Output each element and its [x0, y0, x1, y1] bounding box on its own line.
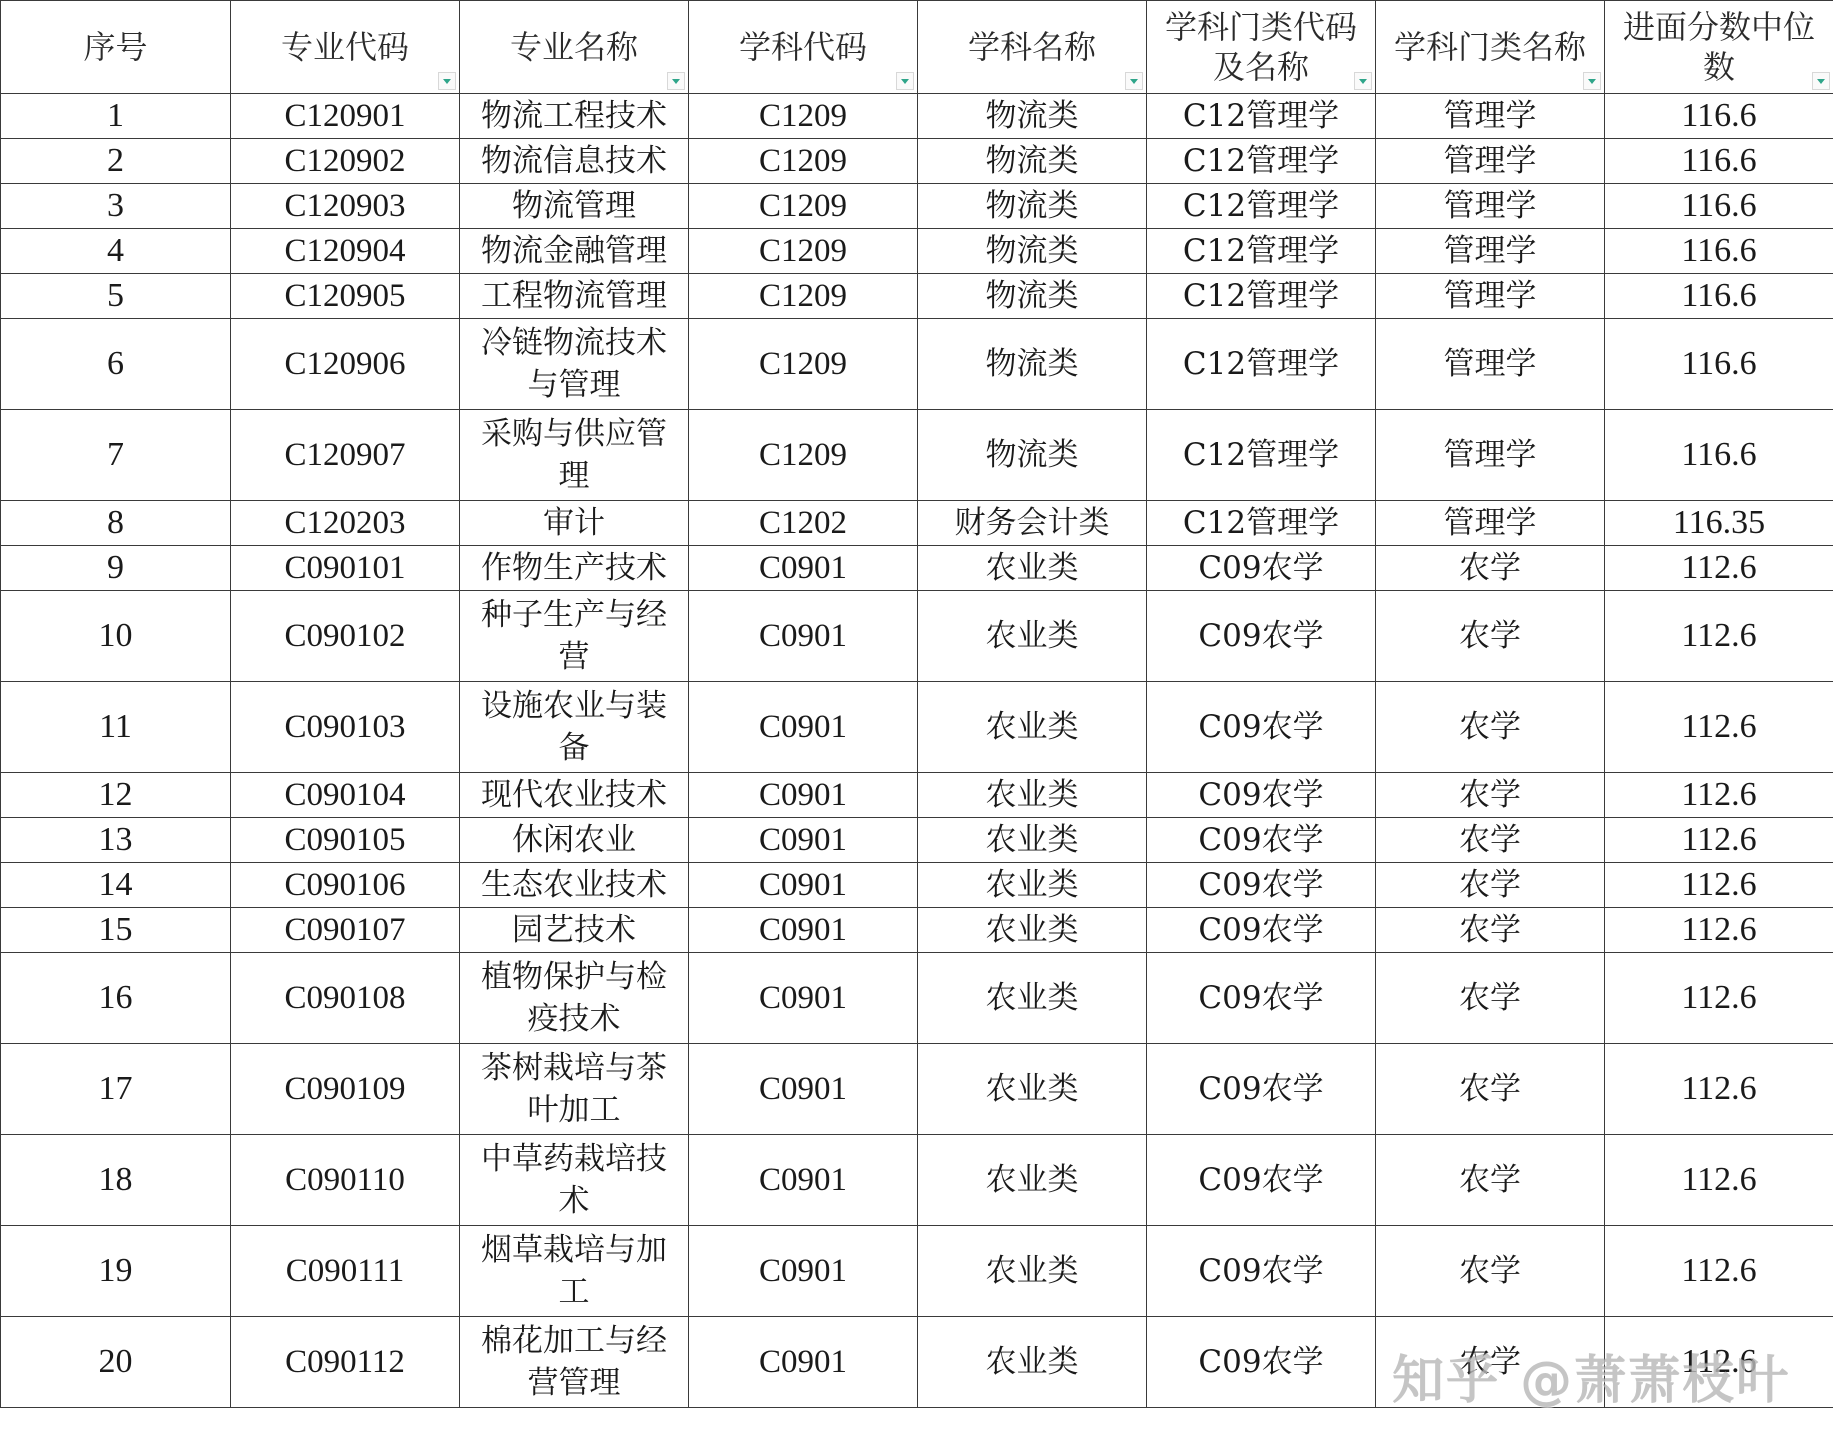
filter-arrow-icon	[672, 79, 680, 84]
cell-category-code-name[interactable]: C09农学	[1147, 546, 1376, 591]
cell-median-score[interactable]: 116.6	[1605, 319, 1833, 410]
table-row: 8C120203审计C1202财务会计类C12管理学管理学116.35	[1, 501, 1833, 546]
cell-subject-name[interactable]: 物流类	[918, 94, 1147, 139]
cell-subject-name[interactable]: 农业类	[918, 953, 1147, 1044]
cell-major-name[interactable]: 审计	[460, 501, 689, 546]
cell-major-name[interactable]: 现代农业技术	[460, 773, 689, 818]
table-row: 10C090102种子生产与经营C0901农业类C09农学农学112.6	[1, 591, 1833, 682]
cell-subject-code[interactable]: C1209	[689, 139, 918, 184]
cell-median-score[interactable]: 116.6	[1605, 139, 1833, 184]
cell-subject-name[interactable]: 农业类	[918, 818, 1147, 863]
header-label: 学科代码	[739, 28, 867, 66]
cell-median-score[interactable]: 112.6	[1605, 773, 1833, 818]
cell-median-score[interactable]: 112.6	[1605, 546, 1833, 591]
cell-major-code[interactable]: C090105	[231, 818, 460, 863]
header-cell-subject-code: 学科代码	[689, 1, 918, 94]
cell-category-code-name[interactable]: C09农学	[1147, 591, 1376, 682]
header-cell-major-name: 专业名称	[460, 1, 689, 94]
filter-arrow-icon	[901, 79, 909, 84]
cell-subject-code[interactable]: C0901	[689, 682, 918, 773]
table-row: 5C120905工程物流管理C1209物流类C12管理学管理学116.6	[1, 274, 1833, 319]
cell-median-score[interactable]: 112.6	[1605, 1317, 1833, 1408]
cell-median-score[interactable]: 116.6	[1605, 184, 1833, 229]
cell-subject-name[interactable]: 农业类	[918, 682, 1147, 773]
table-row: 7C120907采购与供应管理C1209物流类C12管理学管理学116.6	[1, 410, 1833, 501]
cell-no[interactable]: 15	[1, 908, 231, 953]
header-label: 专业代码	[281, 28, 409, 66]
table-row: 6C120906冷链物流技术与管理C1209物流类C12管理学管理学116.6	[1, 319, 1833, 410]
cell-major-code[interactable]: C120905	[231, 274, 460, 319]
cell-category-code-name[interactable]: C09农学	[1147, 1317, 1376, 1408]
cell-category-name[interactable]: 农学	[1376, 773, 1605, 818]
cell-category-name[interactable]: 农学	[1376, 953, 1605, 1044]
cell-major-code[interactable]: C090109	[231, 1044, 460, 1135]
cell-category-name[interactable]: 农学	[1376, 1135, 1605, 1226]
cell-subject-code[interactable]: C1209	[689, 229, 918, 274]
cell-subject-name[interactable]: 农业类	[918, 546, 1147, 591]
cell-no[interactable]: 6	[1, 319, 231, 410]
cell-subject-name[interactable]: 物流类	[918, 139, 1147, 184]
cell-major-name[interactable]: 烟草栽培与加工	[460, 1226, 689, 1317]
table-row: 1C120901物流工程技术C1209物流类C12管理学管理学116.6	[1, 94, 1833, 139]
cell-major-name[interactable]: 棉花加工与经营管理	[460, 1317, 689, 1408]
cell-category-code-name[interactable]: C09农学	[1147, 773, 1376, 818]
cell-category-name[interactable]: 农学	[1376, 682, 1605, 773]
cell-category-code-name[interactable]: C12管理学	[1147, 319, 1376, 410]
table-row: 16C090108植物保护与检疫技术C0901农业类C09农学农学112.6	[1, 953, 1833, 1044]
cell-major-code[interactable]: C120903	[231, 184, 460, 229]
cell-major-name[interactable]: 物流工程技术	[460, 94, 689, 139]
cell-no[interactable]: 20	[1, 1317, 231, 1408]
cell-major-name[interactable]: 采购与供应管理	[460, 410, 689, 501]
cell-category-name[interactable]: 农学	[1376, 1044, 1605, 1135]
cell-subject-name[interactable]: 农业类	[918, 1044, 1147, 1135]
cell-category-code-name[interactable]: C09农学	[1147, 682, 1376, 773]
header-label: 学科门类名称	[1394, 28, 1586, 66]
cell-no[interactable]: 13	[1, 818, 231, 863]
cell-category-name[interactable]: 农学	[1376, 818, 1605, 863]
cell-median-score[interactable]: 112.6	[1605, 682, 1833, 773]
cell-median-score[interactable]: 112.6	[1605, 863, 1833, 908]
cell-no[interactable]: 8	[1, 501, 231, 546]
cell-category-code-name[interactable]: C09农学	[1147, 953, 1376, 1044]
header-label: 序号	[83, 28, 147, 66]
filter-dropdown-button[interactable]	[1812, 72, 1830, 90]
cell-major-code[interactable]: C120902	[231, 139, 460, 184]
cell-major-code[interactable]: C090112	[231, 1317, 460, 1408]
cell-no[interactable]: 3	[1, 184, 231, 229]
cell-category-code-name[interactable]: C09农学	[1147, 818, 1376, 863]
cell-category-name[interactable]: 管理学	[1376, 229, 1605, 274]
cell-major-name[interactable]: 茶树栽培与茶叶加工	[460, 1044, 689, 1135]
cell-major-name[interactable]: 休闲农业	[460, 818, 689, 863]
cell-subject-code[interactable]: C0901	[689, 546, 918, 591]
header-row: 序号 专业代码 专业名称 学科代码 学科名称 学科门类代码及名称 学科门类名称 …	[1, 1, 1833, 94]
cell-no[interactable]: 9	[1, 546, 231, 591]
cell-major-code[interactable]: C090104	[231, 773, 460, 818]
header-label: 专业名称	[510, 28, 638, 66]
cell-major-code[interactable]: C120901	[231, 94, 460, 139]
cell-major-code[interactable]: C120907	[231, 410, 460, 501]
cell-subject-code[interactable]: C0901	[689, 1226, 918, 1317]
cell-median-score[interactable]: 116.6	[1605, 410, 1833, 501]
table-row: 14C090106生态农业技术C0901农业类C09农学农学112.6	[1, 863, 1833, 908]
cell-category-name[interactable]: 农学	[1376, 908, 1605, 953]
table-row: 3C120903物流管理C1209物流类C12管理学管理学116.6	[1, 184, 1833, 229]
filter-dropdown-button[interactable]	[438, 72, 456, 90]
cell-no[interactable]: 10	[1, 591, 231, 682]
cell-major-name[interactable]: 物流信息技术	[460, 139, 689, 184]
cell-major-name[interactable]: 物流金融管理	[460, 229, 689, 274]
header-label: 学科门类代码及名称	[1165, 8, 1357, 86]
table-row: 11C090103设施农业与装备C0901农业类C09农学农学112.6	[1, 682, 1833, 773]
cell-no[interactable]: 7	[1, 410, 231, 501]
cell-subject-name[interactable]: 农业类	[918, 863, 1147, 908]
cell-no[interactable]: 1	[1, 94, 231, 139]
cell-category-code-name[interactable]: C12管理学	[1147, 274, 1376, 319]
cell-category-code-name[interactable]: C12管理学	[1147, 94, 1376, 139]
cell-category-code-name[interactable]: C12管理学	[1147, 229, 1376, 274]
cell-subject-name[interactable]: 财务会计类	[918, 501, 1147, 546]
data-table: 序号 专业代码 专业名称 学科代码 学科名称 学科门类代码及名称 学科门类名称 …	[0, 0, 1833, 1408]
cell-category-name[interactable]: 管理学	[1376, 501, 1605, 546]
cell-major-name[interactable]: 园艺技术	[460, 908, 689, 953]
cell-subject-code[interactable]: C1209	[689, 319, 918, 410]
cell-category-code-name[interactable]: C09农学	[1147, 908, 1376, 953]
cell-category-name[interactable]: 管理学	[1376, 274, 1605, 319]
cell-major-code[interactable]: C090103	[231, 682, 460, 773]
cell-category-name[interactable]: 农学	[1376, 863, 1605, 908]
cell-subject-name[interactable]: 农业类	[918, 1135, 1147, 1226]
filter-dropdown-button[interactable]	[1583, 72, 1601, 90]
filter-arrow-icon	[1588, 79, 1596, 84]
cell-subject-code[interactable]: C0901	[689, 953, 918, 1044]
header-label: 学科名称	[968, 28, 1096, 66]
cell-subject-name[interactable]: 物流类	[918, 274, 1147, 319]
cell-no[interactable]: 5	[1, 274, 231, 319]
cell-category-name[interactable]: 管理学	[1376, 94, 1605, 139]
header-cell-no: 序号	[1, 1, 231, 94]
cell-median-score[interactable]: 112.6	[1605, 1044, 1833, 1135]
table-row: 18C090110中草药栽培技术C0901农业类C09农学农学112.6	[1, 1135, 1833, 1226]
cell-category-name[interactable]: 农学	[1376, 591, 1605, 682]
cell-category-code-name[interactable]: C12管理学	[1147, 184, 1376, 229]
cell-category-name[interactable]: 管理学	[1376, 184, 1605, 229]
cell-category-name[interactable]: 管理学	[1376, 319, 1605, 410]
cell-category-code-name[interactable]: C09农学	[1147, 1044, 1376, 1135]
cell-no[interactable]: 12	[1, 773, 231, 818]
cell-category-code-name[interactable]: C12管理学	[1147, 501, 1376, 546]
cell-subject-code[interactable]: C1209	[689, 184, 918, 229]
cell-subject-name[interactable]: 物流类	[918, 229, 1147, 274]
cell-major-name[interactable]: 种子生产与经营	[460, 591, 689, 682]
cell-category-code-name[interactable]: C12管理学	[1147, 139, 1376, 184]
cell-major-name[interactable]: 设施农业与装备	[460, 682, 689, 773]
cell-no[interactable]: 2	[1, 139, 231, 184]
filter-arrow-icon	[1359, 79, 1367, 84]
cell-subject-name[interactable]: 农业类	[918, 908, 1147, 953]
cell-median-score[interactable]: 112.6	[1605, 818, 1833, 863]
cell-subject-code[interactable]: C1209	[689, 274, 918, 319]
cell-major-code[interactable]: C090106	[231, 863, 460, 908]
cell-subject-code[interactable]: C0901	[689, 863, 918, 908]
cell-subject-code[interactable]: C0901	[689, 1317, 918, 1408]
cell-major-code[interactable]: C090108	[231, 953, 460, 1044]
filter-arrow-icon	[1817, 79, 1825, 84]
cell-major-code[interactable]: C120904	[231, 229, 460, 274]
header-cell-category-code-name: 学科门类代码及名称	[1147, 1, 1376, 94]
cell-median-score[interactable]: 112.6	[1605, 1226, 1833, 1317]
cell-subject-code[interactable]: C0901	[689, 1135, 918, 1226]
table-row: 4C120904物流金融管理C1209物流类C12管理学管理学116.6	[1, 229, 1833, 274]
cell-major-code[interactable]: C090101	[231, 546, 460, 591]
cell-subject-code[interactable]: C0901	[689, 818, 918, 863]
filter-dropdown-button[interactable]	[667, 72, 685, 90]
cell-category-name[interactable]: 农学	[1376, 1226, 1605, 1317]
cell-major-code[interactable]: C120906	[231, 319, 460, 410]
cell-no[interactable]: 18	[1, 1135, 231, 1226]
table-row: 2C120902物流信息技术C1209物流类C12管理学管理学116.6	[1, 139, 1833, 184]
cell-category-name[interactable]: 农学	[1376, 1317, 1605, 1408]
table-row: 19C090111烟草栽培与加工C0901农业类C09农学农学112.6	[1, 1226, 1833, 1317]
cell-median-score[interactable]: 112.6	[1605, 953, 1833, 1044]
cell-major-code[interactable]: C090102	[231, 591, 460, 682]
cell-major-name[interactable]: 植物保护与检疫技术	[460, 953, 689, 1044]
cell-major-code[interactable]: C120203	[231, 501, 460, 546]
cell-no[interactable]: 14	[1, 863, 231, 908]
table-row: 17C090109茶树栽培与茶叶加工C0901农业类C09农学农学112.6	[1, 1044, 1833, 1135]
filter-dropdown-button[interactable]	[1354, 72, 1372, 90]
cell-major-name[interactable]: 物流管理	[460, 184, 689, 229]
filter-arrow-icon	[443, 79, 451, 84]
cell-subject-name[interactable]: 农业类	[918, 1226, 1147, 1317]
cell-subject-code[interactable]: C0901	[689, 591, 918, 682]
cell-median-score[interactable]: 112.6	[1605, 908, 1833, 953]
cell-subject-name[interactable]: 物流类	[918, 410, 1147, 501]
cell-no[interactable]: 17	[1, 1044, 231, 1135]
cell-major-name[interactable]: 工程物流管理	[460, 274, 689, 319]
filter-dropdown-button[interactable]	[1125, 72, 1143, 90]
cell-subject-code[interactable]: C1209	[689, 410, 918, 501]
cell-no[interactable]: 4	[1, 229, 231, 274]
table-row: 9C090101作物生产技术C0901农业类C09农学农学112.6	[1, 546, 1833, 591]
cell-median-score[interactable]: 112.6	[1605, 1135, 1833, 1226]
header-cell-major-code: 专业代码	[231, 1, 460, 94]
cell-subject-code[interactable]: C0901	[689, 908, 918, 953]
cell-subject-code[interactable]: C0901	[689, 1044, 918, 1135]
table-row: 20C090112棉花加工与经营管理C0901农业类C09农学农学112.6	[1, 1317, 1833, 1408]
cell-median-score[interactable]: 116.6	[1605, 229, 1833, 274]
cell-no[interactable]: 19	[1, 1226, 231, 1317]
cell-subject-code[interactable]: C1209	[689, 94, 918, 139]
cell-subject-code[interactable]: C1202	[689, 501, 918, 546]
cell-median-score[interactable]: 116.35	[1605, 501, 1833, 546]
cell-subject-name[interactable]: 物流类	[918, 319, 1147, 410]
cell-major-code[interactable]: C090111	[231, 1226, 460, 1317]
cell-subject-name[interactable]: 农业类	[918, 773, 1147, 818]
cell-median-score[interactable]: 112.6	[1605, 591, 1833, 682]
cell-major-code[interactable]: C090107	[231, 908, 460, 953]
cell-median-score[interactable]: 116.6	[1605, 274, 1833, 319]
header-label: 进面分数中位数	[1623, 8, 1815, 86]
table-row: 12C090104现代农业技术C0901农业类C09农学农学112.6	[1, 773, 1833, 818]
cell-category-name[interactable]: 管理学	[1376, 139, 1605, 184]
cell-category-code-name[interactable]: C12管理学	[1147, 410, 1376, 501]
header-cell-subject-name: 学科名称	[918, 1, 1147, 94]
cell-major-name[interactable]: 作物生产技术	[460, 546, 689, 591]
cell-subject-code[interactable]: C0901	[689, 773, 918, 818]
cell-major-name[interactable]: 冷链物流技术与管理	[460, 319, 689, 410]
cell-category-name[interactable]: 农学	[1376, 546, 1605, 591]
cell-category-code-name[interactable]: C09农学	[1147, 1135, 1376, 1226]
cell-subject-name[interactable]: 物流类	[918, 184, 1147, 229]
cell-major-code[interactable]: C090110	[231, 1135, 460, 1226]
table-row: 15C090107园艺技术C0901农业类C09农学农学112.6	[1, 908, 1833, 953]
cell-no[interactable]: 11	[1, 682, 231, 773]
cell-no[interactable]: 16	[1, 953, 231, 1044]
table-row: 13C090105休闲农业C0901农业类C09农学农学112.6	[1, 818, 1833, 863]
cell-category-code-name[interactable]: C09农学	[1147, 1226, 1376, 1317]
cell-category-code-name[interactable]: C09农学	[1147, 863, 1376, 908]
cell-subject-name[interactable]: 农业类	[918, 591, 1147, 682]
filter-dropdown-button[interactable]	[896, 72, 914, 90]
filter-arrow-icon	[1130, 79, 1138, 84]
header-cell-category-name: 学科门类名称	[1376, 1, 1605, 94]
cell-category-name[interactable]: 管理学	[1376, 410, 1605, 501]
cell-major-name[interactable]: 中草药栽培技术	[460, 1135, 689, 1226]
header-cell-median-score: 进面分数中位数	[1605, 1, 1833, 94]
cell-median-score[interactable]: 116.6	[1605, 94, 1833, 139]
cell-major-name[interactable]: 生态农业技术	[460, 863, 689, 908]
cell-subject-name[interactable]: 农业类	[918, 1317, 1147, 1408]
